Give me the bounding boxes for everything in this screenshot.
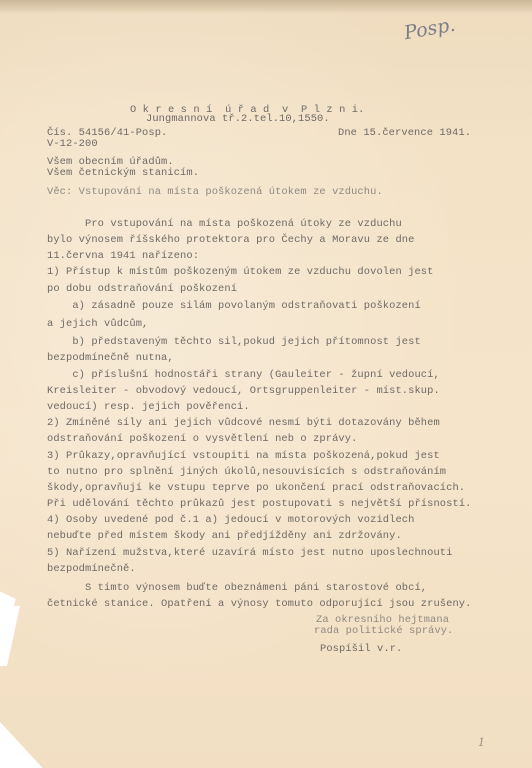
body-line: to nutno pro splnění jiných úkolů,nesouv…: [47, 466, 446, 478]
recipient-line: Všem četnickým stanicím.: [47, 167, 199, 179]
body-line: odstraňování poškození o vysvětlení neb …: [47, 433, 357, 445]
subject-line: Věc: Vstupování na místa poškozená útoke…: [47, 186, 383, 198]
reference-code: V-12-200: [47, 138, 98, 150]
body-line: bezpodmínečně nutna,: [47, 352, 174, 364]
closing-line: S tímto výnosem buďte obeznámeni páni st…: [47, 582, 427, 594]
body-line: bylo výnosem říšského protektora pro Čec…: [47, 234, 414, 246]
body-line: nebuďte před místem škody ani předjížděn…: [47, 530, 402, 542]
signature-name: Pospíšil v.r.: [320, 643, 402, 655]
document-date: Dne 15.července 1941.: [338, 127, 471, 139]
body-line: b) představeným těchto sil,pokud jejich …: [47, 336, 421, 348]
paper-top-edge: [0, 0, 532, 14]
body-line: Při udělování těchto průkazů jest postup…: [47, 498, 471, 510]
body-line: 1) Přístup k místům poškozeným útokem ze…: [47, 266, 433, 278]
office-address: Jungmannova tř.2.tel.10,1550.: [146, 113, 330, 125]
body-line: škody,opravňují ke vstupu teprve po ukon…: [47, 482, 465, 494]
body-line: 2) Zmíněné síly ani jejich vůdcové nesmí…: [47, 417, 440, 429]
body-line: a jejich vůdcům,: [47, 318, 148, 330]
body-line: a) zásadně pouze silám povolaným odstraň…: [47, 300, 421, 312]
body-line: 11.června 1941 nařízeno:: [47, 250, 199, 262]
signature-line-2: rada politické správy.: [314, 625, 453, 637]
body-line: Pro vstupování na místa poškozená útoky …: [47, 218, 402, 230]
body-line: 3) Průkazy,opravňující vstoupiti na míst…: [47, 450, 440, 462]
body-line: po dobu odstraňování poškození: [47, 283, 237, 295]
body-line: bezpodmínečně.: [47, 563, 136, 575]
page-number: 1: [478, 736, 485, 749]
body-line: 5) Nařízení mužstva,které uzavírá místo …: [47, 547, 452, 559]
closing-line: četnické stanice. Opatření a výnosy tomu…: [47, 598, 471, 610]
body-line: c) příslušní hodnostáři strany (Gauleite…: [47, 369, 440, 381]
body-line: Kreisleiter - obvodový vedoucí, Ortsgrup…: [47, 385, 440, 397]
body-line: 4) Osoby uvedené pod č.1 a) jedoucí v mo…: [47, 514, 414, 526]
body-line: vedoucí) resp. jejich pověřenci.: [47, 401, 250, 413]
